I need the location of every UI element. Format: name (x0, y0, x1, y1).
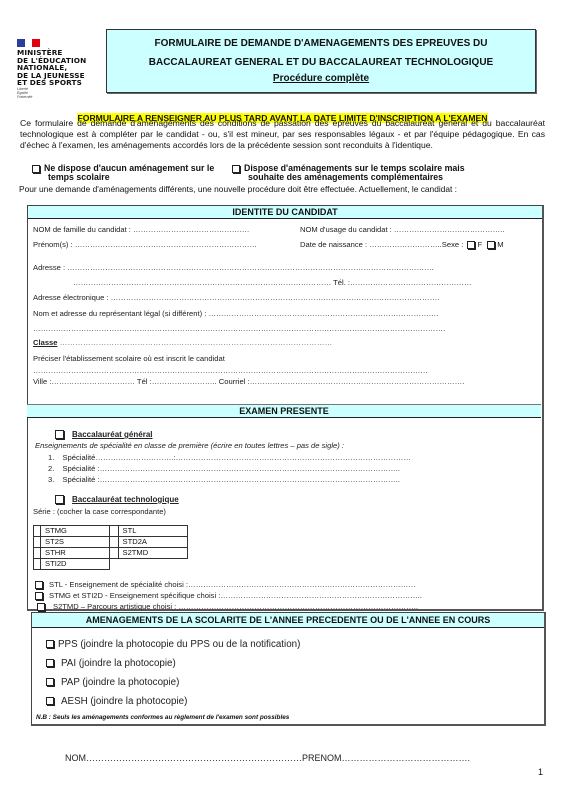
option-label: STL - Enseignement de spécialité choisi … (49, 580, 416, 589)
series-label: STI2D (41, 559, 110, 570)
field-date-naissance[interactable]: Date de naissance : ………………………..Sexe : F … (300, 240, 504, 249)
motto-line: Fraternité (17, 95, 32, 99)
specialite-row[interactable]: 3. Spécialité :…………………………………………………………………… (48, 475, 400, 484)
series-table: STMG STL ST2S STD2A STHR S2TMD STI2D (33, 525, 188, 570)
ministry-logo: MINISTÈRE DE L'ÉDUCATION NATIONALE, DE L… (17, 49, 86, 87)
option-pap[interactable]: PAP (joindre la photocopie) (46, 677, 179, 688)
checkbox-sexe-f[interactable] (467, 241, 475, 249)
page-title-line1: FORMULAIRE DE DEMANDE D'AMENAGEMENTS DES… (107, 37, 535, 50)
series-label: S2TMD (118, 548, 187, 559)
classe-dots: …………………………………………………………………………………………… (60, 338, 333, 347)
field-ville-tel-courriel[interactable]: Ville :…………………………… Tél :…………………….. Courr… (33, 377, 464, 386)
option-label: PPS (joindre la photocopie du PPS ou de … (58, 639, 300, 650)
title-box: FORMULAIRE DE DEMANDE D'AMENAGEMENTS DES… (106, 29, 536, 93)
specialite-row[interactable]: 1. Spécialité………………………….:………………………………………… (48, 453, 411, 462)
specialite-num: 2. (48, 464, 54, 473)
field-prenoms[interactable]: Prénom(s) : ……………………………………………………………… (33, 240, 257, 249)
page-number: 1 (538, 767, 543, 777)
option-bac-general[interactable]: Baccalauréat général (55, 430, 153, 439)
empty-cell (110, 559, 119, 570)
series-checkbox-stmg[interactable] (34, 526, 41, 537)
choice-label: souhaite des aménagements complémentaire… (232, 172, 443, 182)
field-nom-famille[interactable]: NOM de famille du candidat : ……………………………… (33, 225, 249, 234)
checkbox-sexe-m[interactable] (487, 241, 495, 249)
series-row: STHR S2TMD (34, 548, 188, 559)
option-aesh[interactable]: AESH (joindre la photocopie) (46, 696, 187, 707)
series-checkbox-s2tmd[interactable] (110, 548, 119, 559)
specialite-num: 3. (48, 475, 54, 484)
checkbox-icon[interactable] (46, 678, 54, 686)
specialite-row[interactable]: 2. Spécialité :…………………………………………………………………… (48, 464, 400, 473)
series-row: ST2S STD2A (34, 537, 188, 548)
section-header-identite: IDENTITE DU CANDIDAT (28, 206, 542, 219)
checkbox-icon[interactable] (46, 659, 54, 667)
section-header-amenagements: AMENAGEMENTS DE LA SCOLARITE DE L'ANNEE … (32, 613, 544, 628)
checkbox-icon[interactable] (46, 640, 54, 648)
etablissement-label: Préciser l'établissement scolaire où est… (33, 354, 225, 363)
bac-general-label: Baccalauréat général (72, 430, 153, 439)
option-label: AESH (joindre la photocopie) (61, 696, 187, 707)
logo-line: ET DES SPORTS (17, 79, 86, 87)
sexe-f-label: F (477, 240, 482, 249)
option-label: S2TMD – Parcours artistique choisi : ………… (53, 602, 418, 611)
option-label: STMG et STI2D - Enseignement spécifique … (49, 591, 422, 600)
empty-cell (118, 559, 187, 570)
logo-motto: Liberté Égalité Fraternité (17, 87, 32, 99)
option-pai[interactable]: PAI (joindre la photocopie) (46, 658, 176, 669)
option-s2tmd[interactable]: S2TMD – Parcours artistique choisi : ………… (37, 602, 418, 611)
section-header-examen: EXAMEN PRESENTE (27, 404, 541, 418)
checkbox-icon[interactable] (55, 495, 64, 504)
series-label: STD2A (118, 537, 187, 548)
date-naissance-label: Date de naissance : ………………………..Sexe : (300, 240, 463, 249)
field-etablissement[interactable]: …………………………………………………………………………………………………………… (33, 366, 428, 375)
procedure-note: Pour une demande d'aménagements différen… (19, 184, 457, 194)
series-checkbox-std2a[interactable] (110, 537, 119, 548)
series-checkbox-stl[interactable] (110, 526, 119, 537)
field-adresse-cont[interactable]: ………………………………………………………………………………………… Tél. … (73, 278, 472, 287)
field-representant[interactable]: Nom et adresse du représentant légal (si… (33, 309, 438, 318)
bac-techno-label: Baccalauréat technologique (72, 495, 179, 504)
field-nom-usage[interactable]: NOM d'usage du candidat : ……………………………………… (300, 225, 504, 234)
serie-label: Série : (cocher la case correspondante) (33, 507, 166, 516)
specialite-field[interactable]: Spécialité :…………………………………………………………………………… (62, 475, 400, 484)
series-row: STI2D (34, 559, 188, 570)
option-pps[interactable]: PPS (joindre la photocopie du PPS ou de … (46, 639, 300, 650)
footer-nom-prenom[interactable]: NOM………………………………………………………………PRENOM…………………… (65, 753, 470, 763)
option-stl-specialite[interactable]: STL - Enseignement de spécialité choisi … (35, 580, 416, 589)
series-checkbox-sti2d[interactable] (34, 559, 41, 570)
series-checkbox-st2s[interactable] (34, 537, 41, 548)
series-label: STL (118, 526, 187, 537)
field-classe[interactable]: Classe ………………………………………………………………………………………… (33, 338, 332, 347)
option-bac-techno[interactable]: Baccalauréat technologique (55, 495, 179, 504)
option-label: PAI (joindre la photocopie) (61, 658, 176, 669)
option-stmg-sti2d[interactable]: STMG et STI2D - Enseignement spécifique … (35, 591, 422, 600)
nb-note: N.B : Seuls les aménagements conformes a… (36, 714, 289, 721)
choice-label: temps scolaire (32, 172, 110, 182)
series-label: STHR (41, 548, 110, 559)
series-label: ST2S (41, 537, 110, 548)
choice-no-accommodation[interactable]: Ne dispose d'aucun aménagement sur le te… (32, 164, 214, 182)
choice-additional-accommodation[interactable]: Dispose d'aménagements sur le temps scol… (232, 164, 465, 182)
intro-paragraph: Ce formulaire de demande d'aménagements … (20, 118, 545, 151)
series-checkbox-sthr[interactable] (34, 548, 41, 559)
classe-label: Classe (33, 338, 58, 347)
checkbox-icon[interactable] (46, 697, 54, 705)
checkbox-icon[interactable] (55, 430, 64, 439)
specialite-field[interactable]: Spécialité………………………….:………………………………………………… (62, 453, 411, 462)
checkbox-icon[interactable] (35, 581, 43, 589)
field-adresse[interactable]: Adresse : ………………………………………………………………………………… (33, 263, 434, 272)
field-representant-cont[interactable]: …………………………………………………………………………………………………………… (33, 324, 445, 333)
field-email[interactable]: Adresse électronique : ……………………………………………… (33, 293, 439, 302)
page-title-line2: BACCALAUREAT GENERAL ET DU BACCALAUREAT … (107, 56, 535, 69)
specialite-num: 1. (48, 453, 54, 462)
republic-flag-icon (17, 39, 40, 47)
specialites-intro: Enseignements de spécialité en classe de… (35, 441, 344, 450)
checkbox-icon[interactable] (35, 592, 43, 600)
series-label: STMG (41, 526, 110, 537)
specialite-field[interactable]: Spécialité :…………………………………………………………………………… (62, 464, 400, 473)
series-row: STMG STL (34, 526, 188, 537)
option-label: PAP (joindre la photocopie) (61, 677, 179, 688)
page-subtitle: Procédure complète (107, 73, 535, 84)
sexe-m-label: M (497, 240, 503, 249)
checkbox-icon[interactable] (37, 603, 45, 611)
amenagements-box: AMENAGEMENTS DE LA SCOLARITE DE L'ANNEE … (31, 612, 546, 726)
